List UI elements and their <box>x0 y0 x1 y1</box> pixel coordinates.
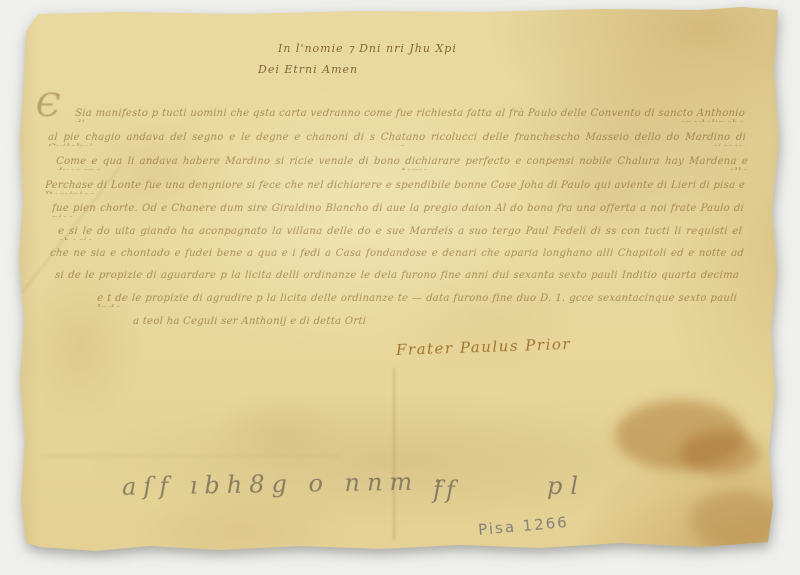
pen-trial-pl: pl <box>547 472 586 500</box>
corner-tanning <box>690 490 780 550</box>
body-line: al pie chagio andava del segno e le degn… <box>48 132 747 146</box>
body-line: si de le propizie di aguardare p la lici… <box>55 270 740 284</box>
vertical-fold-crease <box>393 368 395 540</box>
body-line: e si le do uita giando ha aconpagnato la… <box>58 226 743 240</box>
invocation-line-1: In l'nomie ⁊ Dni nri Jhu Xpi <box>278 42 457 55</box>
body-line: Perchase di Lonte fue una dengniore si f… <box>45 180 746 194</box>
body-line: Come e qua li andava habere Mardino si r… <box>56 156 749 170</box>
pen-trial-ff: ff <box>433 476 459 504</box>
body-line: e t de le propizie di agradire p la lici… <box>97 293 738 307</box>
invocation-line-2: Dei Etrni Amen <box>258 63 358 76</box>
signature-frater-paulus: Frater Paulus Prior <box>396 335 572 359</box>
parchment-shadow-wrap: In l'nomie ⁊ Dni nri Jhu Xpi Dei Etrni A… <box>0 0 800 575</box>
body-line: a teol ha Ceguli ser Anthonij e di detta… <box>133 316 367 327</box>
photo-backdrop: In l'nomie ⁊ Dni nri Jhu Xpi Dei Etrni A… <box>0 0 800 575</box>
initial-flourish: Є <box>36 86 60 124</box>
body-line: fue pien chorte. Od e Chanere dum sire G… <box>52 203 745 217</box>
body-line: che ne sia e chontado e fudei bene a qua… <box>50 248 745 262</box>
parchment-sheet: In l'nomie ⁊ Dni nri Jhu Xpi Dei Etrni A… <box>0 0 800 575</box>
pencil-note-pisa-1266: Pisa 1266 <box>477 513 569 539</box>
pen-trial-alphabet: aſf ıbh8g o nnm · <box>122 467 449 501</box>
liquid-stain-small <box>680 430 760 475</box>
bottom-horizontal-crease <box>40 455 340 457</box>
body-line: Sia manifesto p tucti uomini che qsta ca… <box>75 108 746 122</box>
